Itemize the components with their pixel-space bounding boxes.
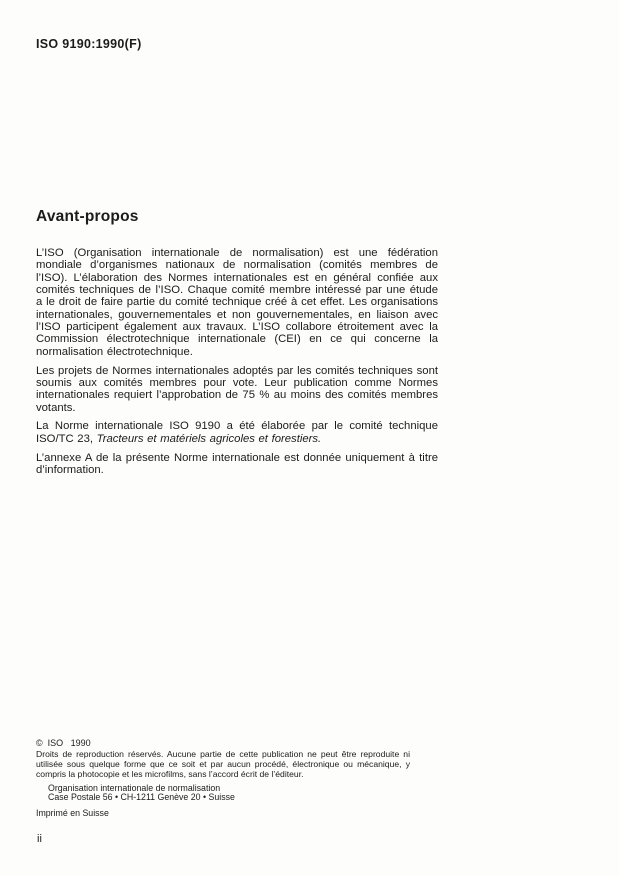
document-page: ISO 9190:1990(F) Avant-propos L’ISO (Org… — [0, 0, 619, 876]
section-title: Avant-propos — [36, 208, 438, 226]
copyright-block: © ISO 1990 Droits de reproduction réserv… — [36, 738, 410, 818]
page-number: ii — [37, 833, 42, 845]
foreword-paragraph-1: L’ISO (Organisation internationale de no… — [36, 247, 438, 358]
committee-title-italic: Tracteurs et matériels agricoles et fore… — [97, 433, 322, 445]
foreword-paragraph-3: La Norme internationale ISO 9190 a été é… — [36, 420, 438, 445]
copyright-line: © ISO 1990 — [36, 738, 410, 748]
document-reference: ISO 9190:1990(F) — [36, 37, 142, 51]
foreword-paragraph-2: Les projets de Normes internationales ad… — [36, 365, 438, 414]
foreword-section: Avant-propos L’ISO (Organisation interna… — [36, 208, 438, 483]
printed-in-notice: Imprimé en Suisse — [36, 808, 410, 818]
publisher-location: Case Postale 56 • CH-1211 Genève 20 • Su… — [48, 793, 410, 803]
publisher-address: Organisation internationale de normalisa… — [48, 784, 410, 803]
foreword-paragraph-4: L’annexe A de la présente Norme internat… — [36, 452, 438, 477]
rights-statement: Droits de reproduction réservés. Aucune … — [36, 750, 410, 780]
